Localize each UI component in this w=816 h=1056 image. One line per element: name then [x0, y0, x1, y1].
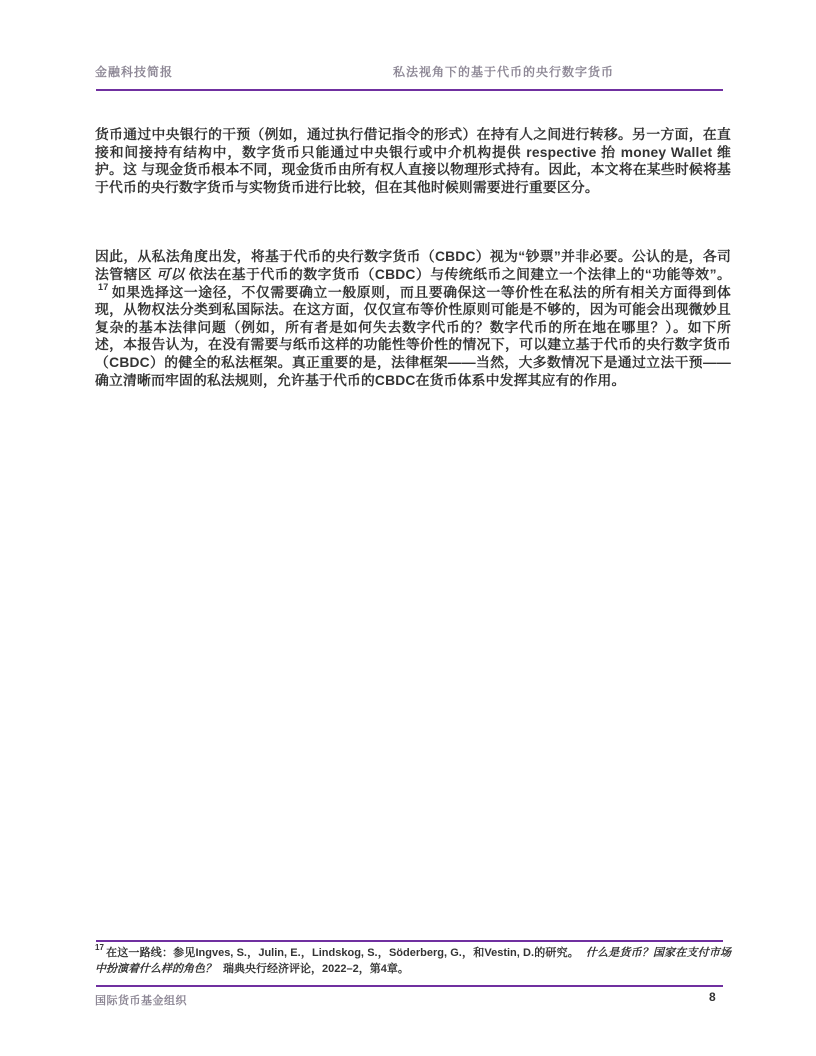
- text-run: 依法在基于代币的数字货币（CBDC）与传统纸币之间建立一个法律上的“功能等效”。: [189, 267, 731, 282]
- text-run: 货币通过中央银行的干预（例如，通过执行借记指令的形式）在持有人之间进行转移。另一…: [95, 127, 731, 195]
- footer-organization: 国际货币基金组织: [95, 992, 187, 1008]
- footnote-reference: 17: [95, 943, 104, 952]
- page-number: 8: [709, 990, 716, 1004]
- document-body: 货币通过中央银行的干预（例如，通过执行借记指令的形式）在持有人之间进行转移。另一…: [95, 126, 731, 441]
- header-divider: [96, 89, 723, 91]
- footnote-divider: [96, 940, 723, 942]
- text-run: 如果选择这一途径，不仅需要确立一般原则，而且要确保这一等价性在私法的所有相关方面…: [95, 285, 731, 388]
- text-run: 在这一路线：参见Ingves, S.，Julin, E.，Lindskog, S…: [106, 947, 579, 959]
- footnote-reference: 17: [98, 282, 108, 292]
- emphasized-text: 可以: [156, 267, 185, 282]
- text-run: 瑞典央行经济评论，2022–2，第4章。: [223, 963, 409, 975]
- document-page: 金融科技简报 私法视角下的基于代币的央行数字货币 货币通过中央银行的干预（例如，…: [0, 0, 816, 1056]
- footnote: 17在这一路线：参见Ingves, S.，Julin, E.，Lindskog,…: [95, 945, 731, 977]
- body-paragraph: 货币通过中央银行的干预（例如，通过执行借记指令的形式）在持有人之间进行转移。另一…: [95, 126, 731, 196]
- header-left-title: 金融科技简报: [95, 63, 173, 80]
- body-paragraph: 因此，从私法角度出发，将基于代币的央行数字货币（CBDC）视为“钞票”并非必要。…: [95, 248, 731, 389]
- header-right-title: 私法视角下的基于代币的央行数字货币: [393, 63, 614, 80]
- footer-divider: [96, 985, 723, 987]
